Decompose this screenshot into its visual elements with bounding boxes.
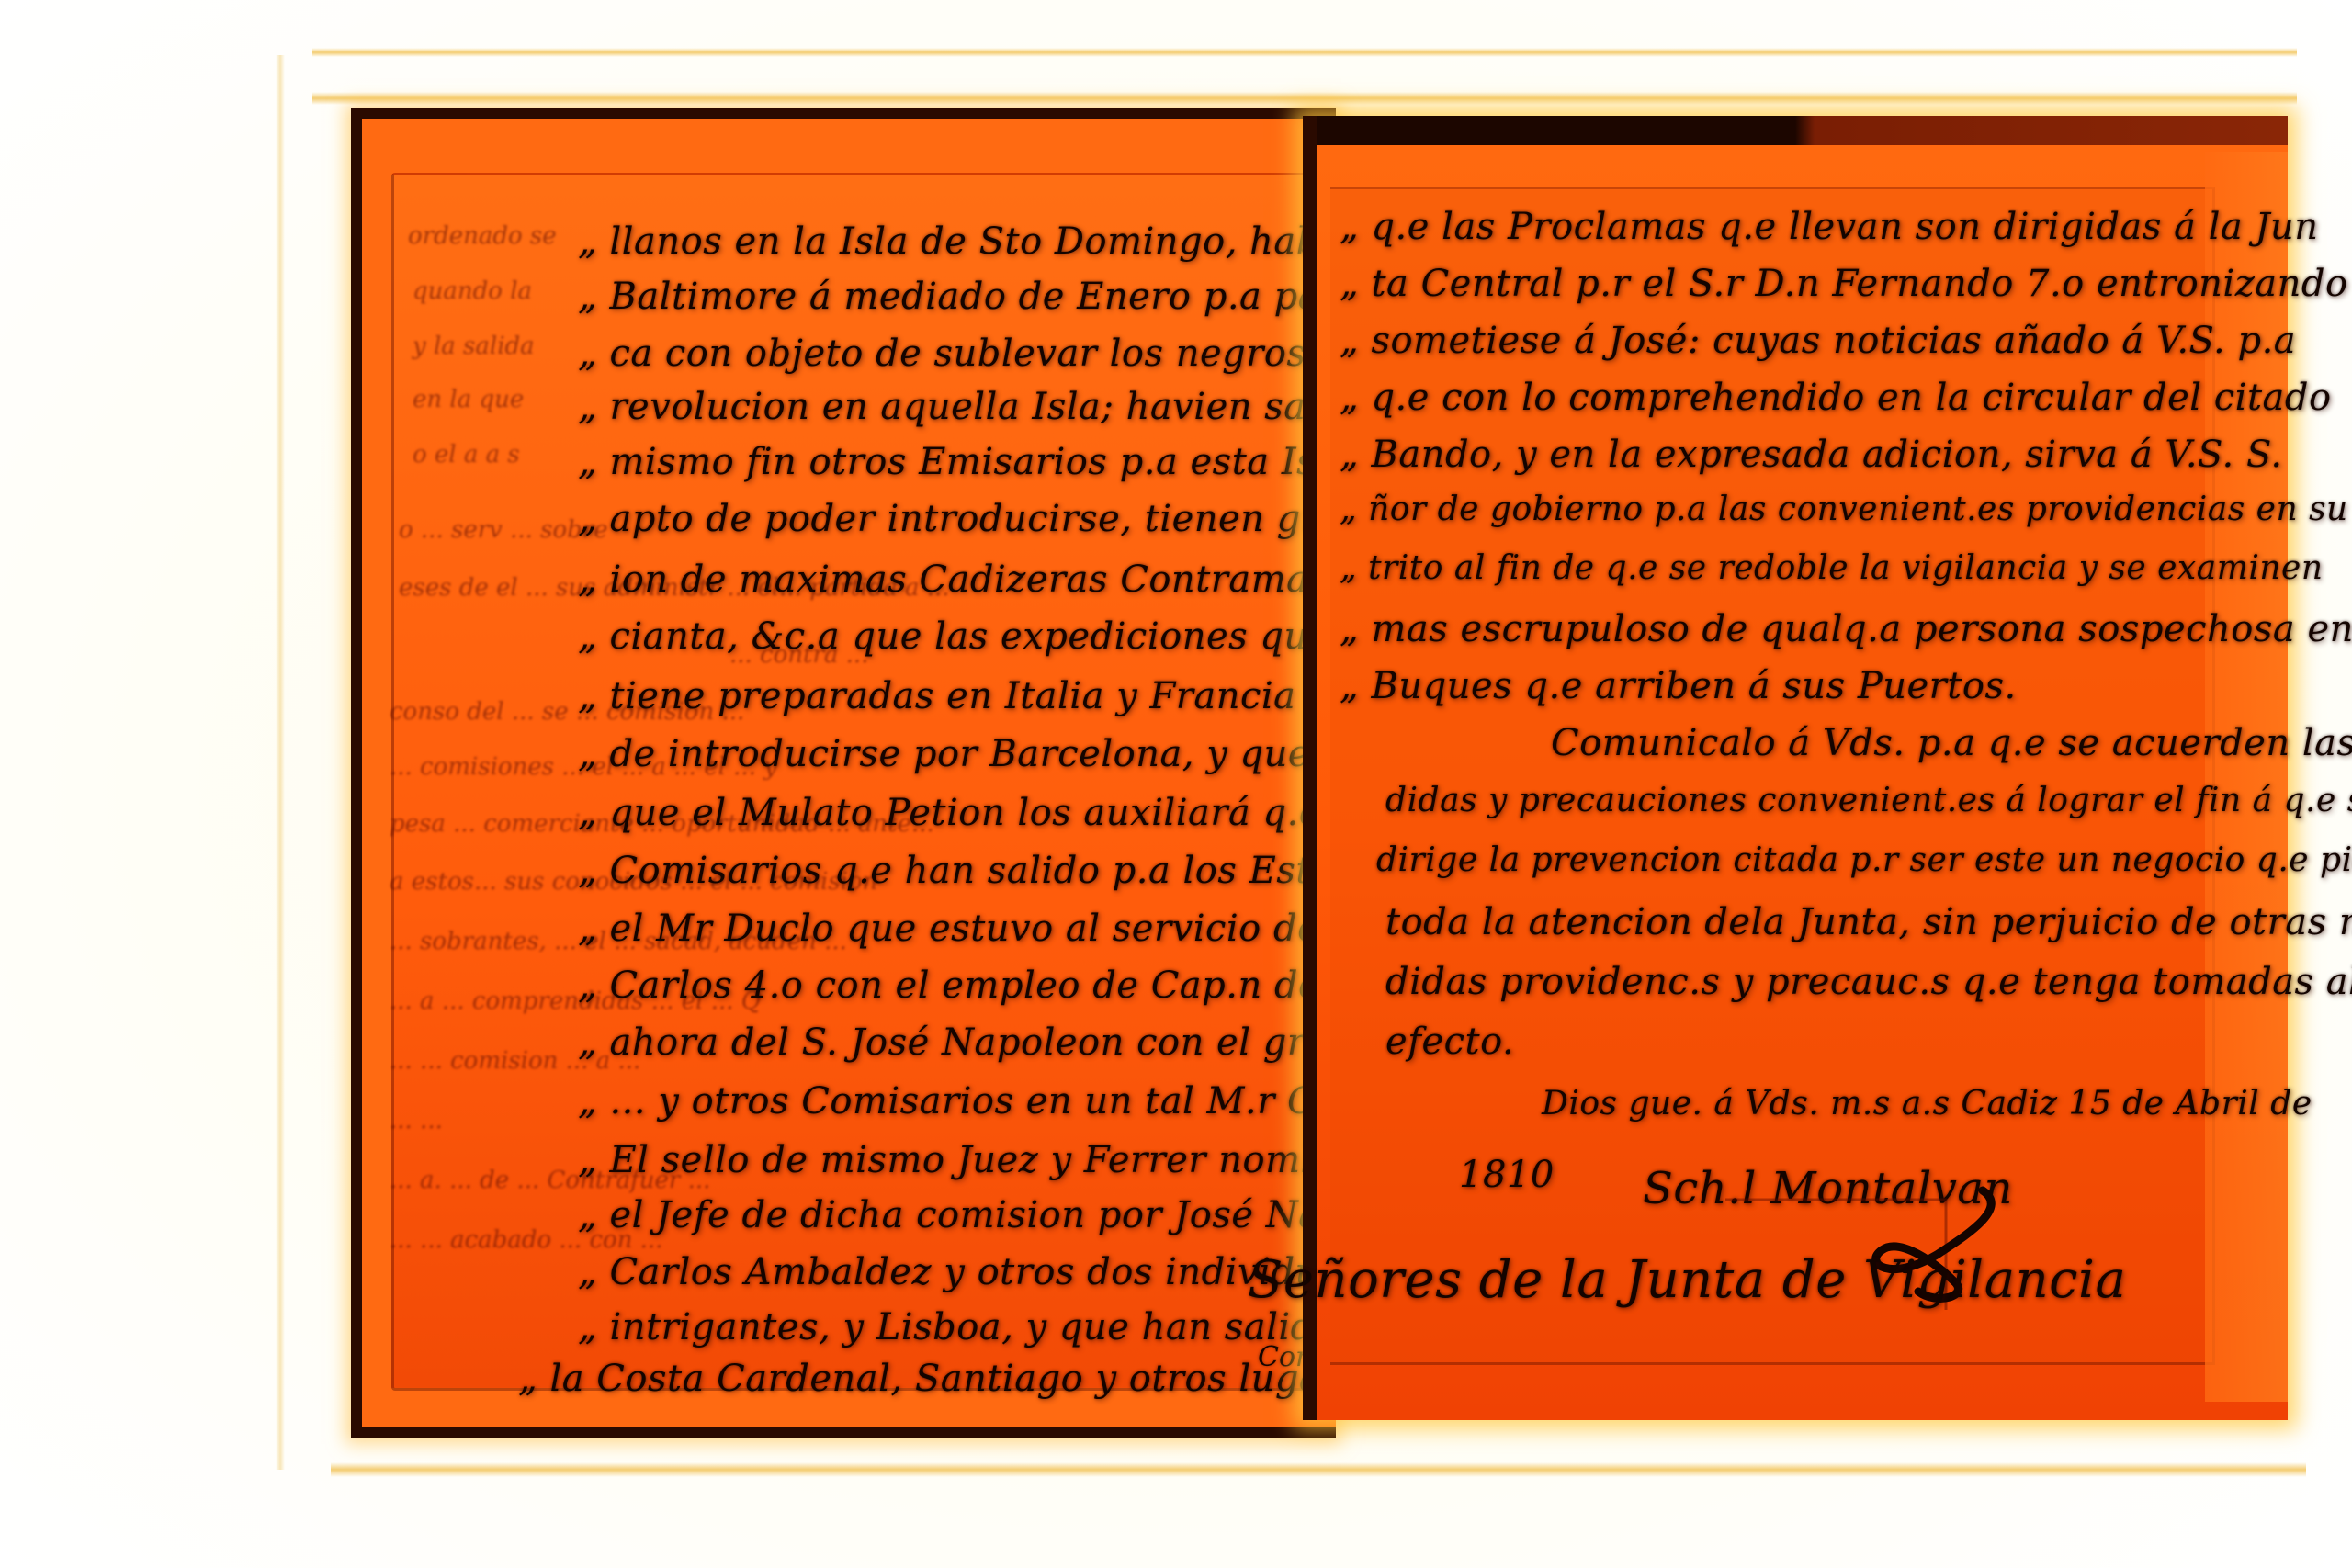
right-page: „ q.e las Proclamas q.e llevan son dirig… xyxy=(1303,116,2288,1420)
manuscript-paragraph-line: dirige la prevencion citada p.r ser este… xyxy=(1376,841,2352,879)
manuscript-paragraph-line: toda la atencion dela Junta, sin perjuic… xyxy=(1385,901,2352,943)
manuscript-line: „ Bando, y en la expresada adicion, sirv… xyxy=(1340,434,2283,476)
frame-glow-top-inner xyxy=(312,92,2297,105)
manuscript-line: „ tiene preparadas en Italia y Francia t… xyxy=(578,675,1425,717)
manuscript-line: „ ta Central p.r el S.r D.n Fernando 7.o… xyxy=(1340,263,2348,305)
manuscript-paragraph-line: Comunicalo á Vds. p.a q.e se acuerden la… xyxy=(1551,722,2352,764)
right-page-binding-edge xyxy=(1303,116,1317,1420)
closing-line: Dios gue. á Vds. m.s a.s Cadiz 15 de Abr… xyxy=(1542,1085,2312,1122)
manuscript-line: „ sometiese á José: cuyas noticias añado… xyxy=(1340,320,2296,362)
manuscript-line: „ trito al fin de q.e se redoble la vigi… xyxy=(1340,549,2324,587)
bleed-text: o el a a s xyxy=(413,441,520,468)
bleed-text: quando la xyxy=(413,277,532,305)
bleed-text: ordenado se xyxy=(408,222,557,250)
manuscript-line: „ Buques q.e arriben á sus Puertos. xyxy=(1340,665,2017,707)
scan-background: ordenado se quando la y la salida en la … xyxy=(0,0,2352,1568)
addressee-line: Señores de la Junta de Vigilancia xyxy=(1248,1250,2126,1310)
manuscript-paragraph-line: didas y precauciones convenient.es á log… xyxy=(1385,782,2352,819)
manuscript-paragraph-line: efecto. xyxy=(1385,1021,1514,1063)
manuscript-line: „ ñor de gobierno p.a las convenient.es … xyxy=(1340,491,2352,528)
bleed-text: o ... serv ... sobre xyxy=(399,516,608,544)
bleed-text: en la que xyxy=(413,386,524,413)
manuscript-line: „ mas escrupuloso de qualq.a persona sos… xyxy=(1340,608,2352,650)
manuscript-line: „ llanos en la Isla de Sto Domingo, habi… xyxy=(578,220,1425,263)
manuscript-line: „ q.e las Proclamas q.e llevan son dirig… xyxy=(1340,206,2319,248)
manuscript-paragraph-line: didas providenc.s y precauc.s q.e tenga … xyxy=(1385,961,2352,1003)
left-page: ordenado se quando la y la salida en la … xyxy=(351,108,1336,1438)
manuscript-line: „ q.e con lo comprehendido en la circula… xyxy=(1340,377,2332,419)
frame-glow-top xyxy=(312,48,2297,57)
date-year: 1810 xyxy=(1459,1154,1555,1196)
manuscript-line: „ ... y otros Comisarios en un tal M.r C… xyxy=(578,1080,1351,1122)
frame-glow-bottom xyxy=(331,1462,2306,1477)
right-page-top-edge xyxy=(1303,116,2288,145)
bleed-text: y la salida xyxy=(413,333,535,360)
frame-glow-left xyxy=(276,55,285,1470)
bleed-text: ... ... xyxy=(390,1107,443,1134)
